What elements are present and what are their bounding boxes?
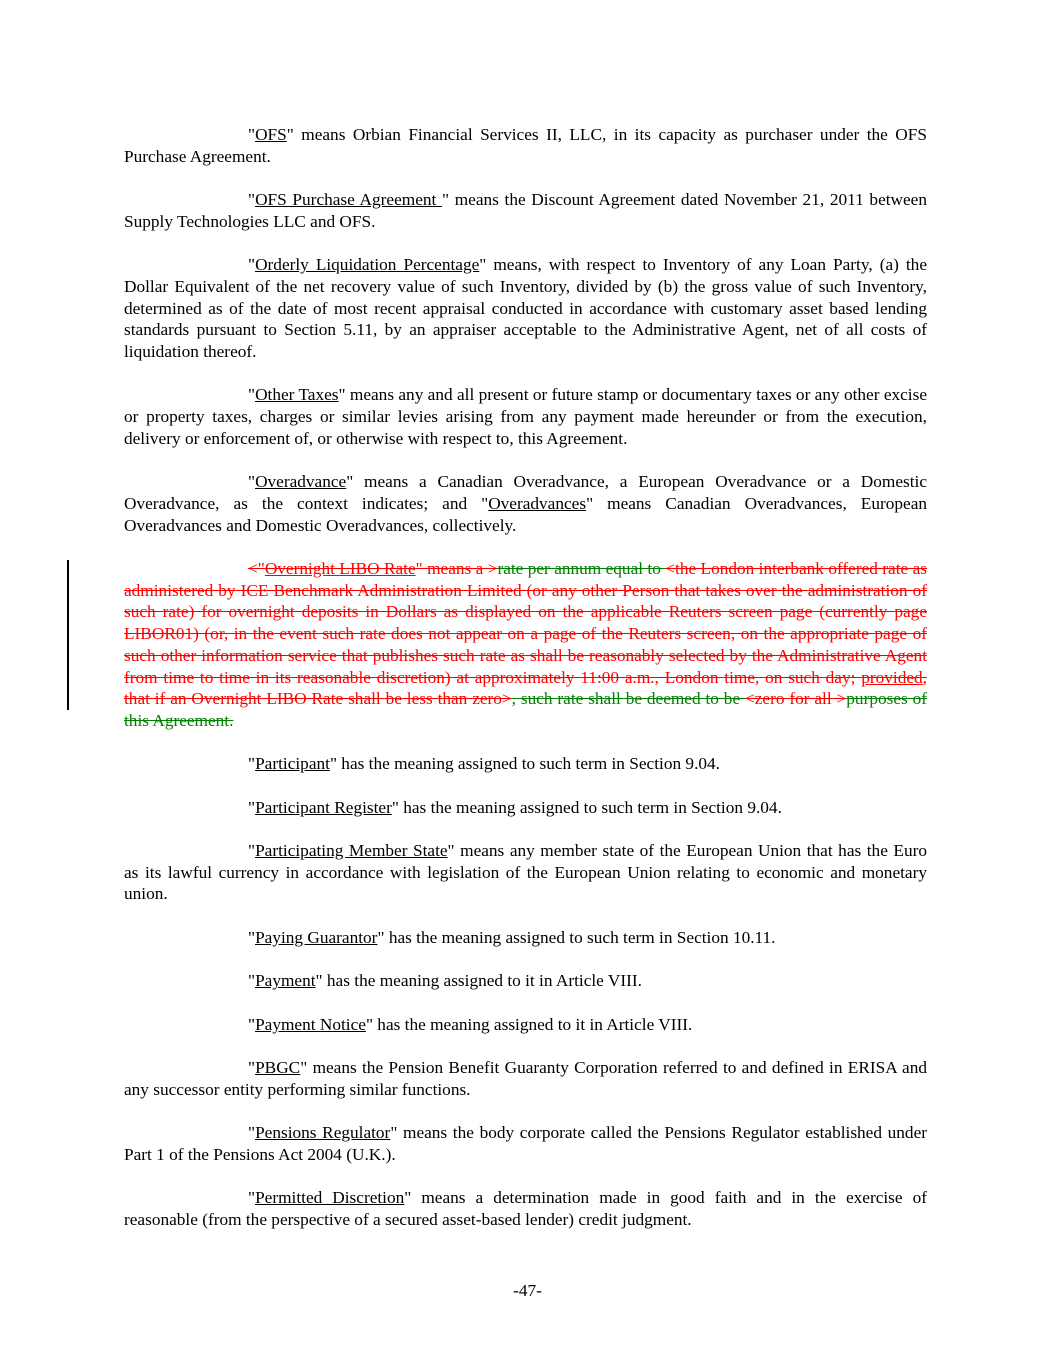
deleted-text: provided: [861, 668, 922, 687]
inserted-text: , such rate shall be deemed to be: [512, 689, 745, 708]
text-run: ": [248, 255, 255, 274]
def-overnight-libo-rate: <"Overnight LIBO Rate" means a >rate per…: [124, 558, 927, 732]
defined-term: OFS Purchase Agreement: [255, 190, 442, 209]
def-other-taxes: "Other Taxes" means any and all present …: [124, 384, 927, 449]
defined-term: Other Taxes: [255, 385, 338, 404]
defined-term: Permitted Discretion: [255, 1188, 404, 1207]
text-run: ": [248, 190, 255, 209]
text-run: " means, with respect to Inventory of an…: [124, 255, 927, 361]
text-run: " means any and all present or future st…: [124, 385, 927, 447]
text-run: " means a determination made in good fai…: [124, 1188, 927, 1229]
def-ofs-purchase-agreement: "OFS Purchase Agreement " means the Disc…: [124, 189, 927, 232]
text-run: " has the meaning assigned to such term …: [377, 928, 775, 947]
defined-term: Orderly Liquidation Percentage: [255, 255, 479, 274]
defined-term: OFS: [255, 125, 287, 144]
text-run: " means the body corporate called the Pe…: [124, 1123, 927, 1164]
deleted-text: <zero for all >: [745, 689, 846, 708]
text-run: " means the Discount Agreement dated Nov…: [124, 190, 927, 231]
def-pbgc: "PBGC" means the Pension Benefit Guarant…: [124, 1057, 927, 1100]
def-participating-member-state: "Participating Member State" means any m…: [124, 840, 927, 905]
deleted-text: <": [248, 559, 265, 578]
change-bar: [67, 560, 69, 710]
defined-term: Participating Member State: [255, 841, 447, 860]
def-paying-guarantor: "Paying Guarantor" has the meaning assig…: [124, 927, 927, 949]
text-run: ": [248, 971, 255, 990]
text-run: ": [248, 841, 255, 860]
text-run: " means any member state of the European…: [124, 841, 927, 903]
def-permitted-discretion: "Permitted Discretion" means a determina…: [124, 1187, 927, 1230]
text-run: ": [248, 754, 255, 773]
def-participant: "Participant" has the meaning assigned t…: [124, 753, 927, 775]
text-run: " means the Pension Benefit Guaranty Cor…: [124, 1058, 927, 1099]
defined-term: Overadvances: [488, 494, 586, 513]
deleted-text: <the London interbank offered rate as ad…: [124, 559, 927, 687]
defined-term: Payment: [255, 971, 315, 990]
defined-term: PBGC: [255, 1058, 300, 1077]
text-run: ": [248, 798, 255, 817]
text-run: " has the meaning assigned to such term …: [392, 798, 782, 817]
text-run: ": [248, 928, 255, 947]
def-payment-notice: "Payment Notice" has the meaning assigne…: [124, 1014, 927, 1036]
deleted-text: Overnight LIBO Rate: [265, 559, 416, 578]
text-run: ": [248, 1015, 255, 1034]
def-payment: "Payment" has the meaning assigned to it…: [124, 970, 927, 992]
text-run: ": [248, 1188, 255, 1207]
text-run: " has the meaning assigned to it in Arti…: [366, 1015, 692, 1034]
text-run: ": [248, 472, 255, 491]
text-run: ": [248, 125, 255, 144]
text-run: " means Orbian Financial Services II, LL…: [124, 125, 927, 166]
page-number: -47-: [0, 1281, 1055, 1301]
defined-term: Participant Register: [255, 798, 392, 817]
text-run: ": [248, 1123, 255, 1142]
def-ofs: "OFS" means Orbian Financial Services II…: [124, 124, 927, 167]
defined-term: Paying Guarantor: [255, 928, 377, 947]
tracked-change-block: <"Overnight LIBO Rate" means a >rate per…: [124, 558, 927, 732]
defined-term: Participant: [255, 754, 330, 773]
inserted-text: rate per annum equal to: [497, 559, 665, 578]
deleted-text: " means a >: [416, 559, 498, 578]
text-run: " has the meaning assigned to such term …: [330, 754, 720, 773]
text-run: ": [248, 385, 255, 404]
document-body: "OFS" means Orbian Financial Services II…: [124, 124, 927, 1252]
def-overadvance: "Overadvance" means a Canadian Overadvan…: [124, 471, 927, 536]
text-run: ": [248, 1058, 255, 1077]
defined-term: Overadvance: [255, 472, 346, 491]
def-pensions-regulator: "Pensions Regulator" means the body corp…: [124, 1122, 927, 1165]
text-run: " has the meaning assigned to it in Arti…: [316, 971, 642, 990]
defined-term: Pensions Regulator: [255, 1123, 390, 1142]
def-participant-register: "Participant Register" has the meaning a…: [124, 797, 927, 819]
defined-term: Payment Notice: [255, 1015, 366, 1034]
def-orderly-liquidation-percentage: "Orderly Liquidation Percentage" means, …: [124, 254, 927, 363]
